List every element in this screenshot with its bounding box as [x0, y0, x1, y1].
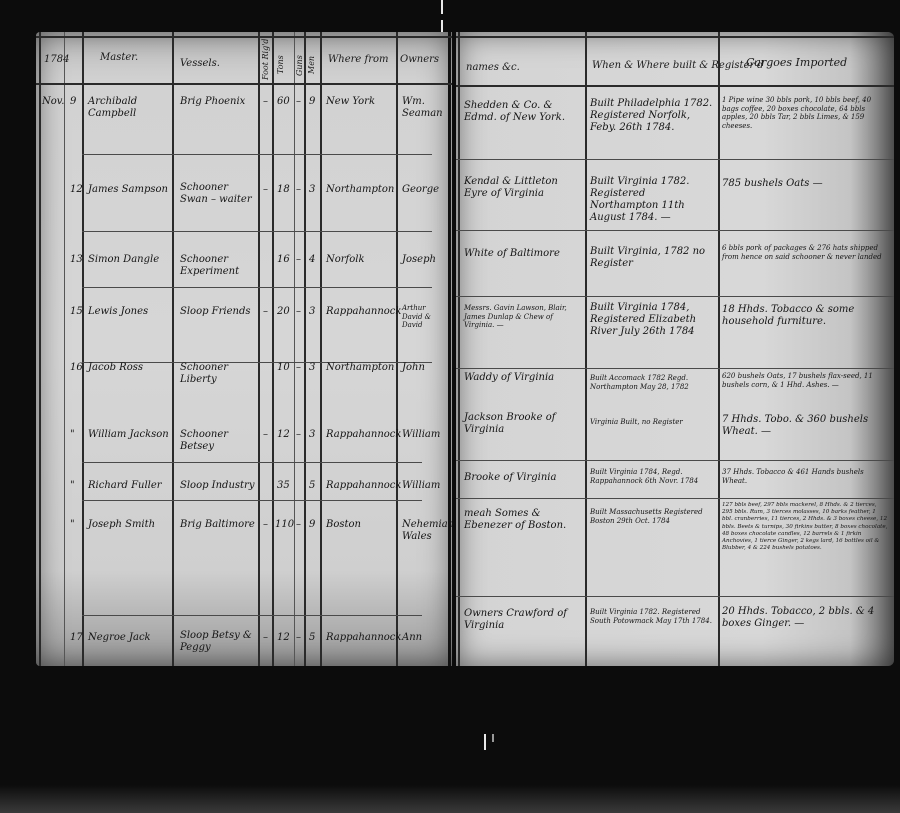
header-guns: Guns — [295, 55, 304, 76]
header-cargoes-imported: Cargoes Imported — [746, 56, 847, 69]
row-rule — [456, 159, 894, 160]
row-where-from: Northampton — [326, 362, 394, 374]
row-where-from: Boston — [326, 519, 394, 531]
column-rule — [272, 32, 274, 666]
row-built-registered: Built Philadelphia 1782. Registered Norf… — [590, 98, 716, 134]
row-guns: – — [296, 429, 301, 441]
column-rule — [82, 32, 84, 666]
row-tons: 60 — [277, 96, 290, 108]
row-rule — [82, 287, 432, 288]
row-tons: 18 — [277, 184, 290, 196]
row-where-from: Northampton — [326, 184, 394, 196]
row-rule — [82, 615, 422, 616]
row-master: Joseph Smith — [88, 519, 172, 531]
row-vessel: Schooner Betsey — [180, 429, 260, 453]
row-cargo: 127 bbls beef, 297 bbls mackerel, 8 Hhds… — [722, 502, 888, 552]
ledger-left-page: 1784 Master. Vessels. Foot Rig'd Tons Gu… — [36, 32, 452, 666]
header-men: Men — [307, 56, 316, 74]
row-cargo: 7 Hhds. Tobo. & 360 bushels Wheat. — — [722, 414, 888, 438]
binding-mark — [441, 20, 443, 32]
row-tons: 10 — [277, 362, 290, 374]
row-day: 15 — [70, 306, 83, 318]
row-guns: – — [296, 254, 301, 266]
header-rule — [36, 83, 452, 85]
column-rule — [294, 32, 295, 666]
column-rule — [458, 32, 460, 666]
row-master: James Sampson — [88, 184, 172, 196]
row-day: 9 — [70, 96, 76, 108]
row-rule — [456, 296, 894, 297]
header-built-registered: When & Where built & Register'd — [592, 60, 763, 71]
row-vessel: Brig Phoenix — [180, 96, 256, 108]
row-day: " — [70, 480, 75, 492]
row-foot-rig: – — [263, 632, 268, 644]
column-rule — [320, 32, 322, 666]
row-built-registered: Built Massachusetts Registered Boston 29… — [590, 508, 716, 525]
row-cargo: 1 Pipe wine 30 bbls pork, 10 bbls beef, … — [722, 96, 888, 130]
row-rule — [456, 36, 894, 38]
row-month: Nov. — [42, 96, 64, 108]
row-men: 3 — [309, 362, 315, 374]
row-cargo: 620 bushels Oats, 17 bushels flax-seed, … — [722, 372, 888, 389]
row-rule — [456, 596, 894, 597]
row-cargo: 37 Hhds. Tobacco & 461 Hands bushels Whe… — [722, 468, 888, 485]
column-rule — [172, 32, 174, 666]
header-owners-names: names &c. — [466, 62, 520, 73]
row-guns: – — [296, 306, 301, 318]
row-men: 5 — [309, 480, 315, 492]
column-rule — [585, 32, 587, 666]
row-rule — [82, 462, 422, 463]
row-built-registered: Built Virginia 1782. Registered Northamp… — [590, 176, 716, 224]
header-vessel: Vessels. — [180, 58, 220, 69]
row-owners: Arthur David & David — [402, 304, 442, 330]
row-foot-rig: – — [263, 96, 268, 108]
row-master: Jacob Ross — [88, 362, 172, 374]
row-guns: – — [296, 184, 301, 196]
row-vessel: Sloop Betsy & Peggy — [180, 630, 256, 654]
row-men: 9 — [309, 519, 315, 531]
row-day: " — [70, 519, 75, 531]
row-foot-rig: – — [263, 519, 268, 531]
row-foot-rig: – — [263, 184, 268, 196]
row-day: 16 — [70, 362, 83, 374]
column-rule — [304, 32, 306, 666]
row-owners-full: Shedden & Co. & Edmd. of New York. — [464, 100, 582, 124]
header-tons: Tons — [276, 55, 285, 74]
row-cargo: 6 bbls pork of packages & 276 hats shipp… — [722, 244, 888, 261]
row-guns: – — [296, 632, 301, 644]
row-owners: Nehemiah Wales — [402, 519, 442, 543]
column-rule — [396, 32, 398, 666]
row-tons: 20 — [277, 306, 290, 318]
row-where-from: New York — [326, 96, 394, 108]
row-rule — [82, 231, 432, 232]
row-rule — [456, 498, 894, 499]
row-owners-full: Messrs. Gavin Lawson, Blair, James Dunla… — [464, 304, 582, 330]
row-tons: 12 — [277, 632, 290, 644]
row-owners: William — [402, 429, 444, 441]
row-where-from: Rappahannock — [326, 306, 394, 318]
row-rule — [456, 230, 894, 231]
film-mark — [484, 734, 486, 750]
row-day: 13 — [70, 254, 83, 266]
row-owners-full: Kendal & Littleton Eyre of Virginia — [464, 176, 582, 200]
row-day: 12 — [70, 184, 83, 196]
row-owners-full: meah Somes & Ebenezer of Boston. — [464, 508, 582, 532]
row-men: 3 — [309, 306, 315, 318]
row-day: " — [70, 429, 75, 441]
row-vessel: Sloop Friends — [180, 306, 256, 318]
row-rule — [82, 154, 432, 155]
row-vessel: Schooner Experiment — [180, 254, 260, 278]
row-guns: – — [296, 362, 301, 374]
row-cargo: 18 Hhds. Tobacco & some household furnit… — [722, 304, 888, 328]
row-master: Archibald Campbell — [88, 96, 172, 120]
row-owners: John — [402, 362, 444, 374]
page-edge — [448, 32, 451, 666]
row-owners: Ann — [402, 632, 444, 644]
row-master: Simon Dangle — [88, 254, 172, 266]
row-master: Negroe Jack — [88, 632, 172, 644]
row-vessel: Brig Baltimore — [180, 519, 260, 531]
row-built-registered: Virginia Built, no Register — [590, 418, 716, 427]
row-built-registered: Built Accomack 1782 Regd. Northampton Ma… — [590, 374, 716, 391]
header-year: 1784 — [44, 54, 69, 65]
row-built-registered: Built Virginia 1784, Registered Elizabet… — [590, 302, 716, 338]
header-master: Master. — [100, 52, 138, 63]
row-vessel: Sloop Industry — [180, 480, 260, 492]
row-men: 9 — [309, 96, 315, 108]
row-owners: Joseph — [402, 254, 444, 266]
row-owners-full: White of Baltimore — [464, 248, 582, 260]
column-rule — [258, 32, 260, 666]
row-where-from: Rappahannock — [326, 632, 394, 644]
row-tons: 12 — [277, 429, 290, 441]
column-rule — [39, 32, 41, 666]
row-cargo: 20 Hhds. Tobacco, 2 bbls. & 4 boxes Ging… — [722, 606, 888, 630]
film-mark — [492, 734, 494, 742]
header-owners: Owners — [400, 54, 439, 65]
row-master: William Jackson — [88, 429, 172, 441]
row-day: 17 — [70, 632, 83, 644]
row-master: Richard Fuller — [88, 480, 172, 492]
row-cargo: 785 bushels Oats — — [722, 178, 888, 190]
row-guns: – — [296, 96, 301, 108]
row-where-from: Norfolk — [326, 254, 394, 266]
row-master: Lewis Jones — [88, 306, 172, 318]
row-where-from: Rappahannock — [326, 480, 394, 492]
header-foot-rig: Foot Rig'd — [261, 38, 270, 80]
row-rule — [456, 368, 894, 369]
header-rule — [456, 85, 894, 87]
row-men: 3 — [309, 429, 315, 441]
row-owners-full: Brooke of Virginia — [464, 472, 582, 484]
row-vessel: Schooner Swan – waiter — [180, 182, 256, 206]
binding-mark — [441, 0, 443, 14]
row-owners: William — [402, 480, 444, 492]
row-owners-full: Waddy of Virginia — [464, 372, 582, 384]
row-men: 5 — [309, 632, 315, 644]
row-men: 3 — [309, 184, 315, 196]
row-guns: – — [296, 519, 301, 531]
row-built-registered: Built Virginia 1782. Registered South Po… — [590, 608, 716, 625]
row-tons: 35 — [277, 480, 290, 492]
row-foot-rig: – — [263, 306, 268, 318]
row-owners: Wm. Seaman — [402, 96, 444, 120]
row-owners-full: Owners Crawford of Virginia — [464, 608, 582, 632]
row-rule — [456, 460, 894, 461]
row-owners: George — [402, 184, 444, 196]
row-men: 4 — [309, 254, 315, 266]
column-rule — [64, 32, 65, 666]
row-owners-full: Jackson Brooke of Virginia — [464, 412, 582, 436]
row-tons: 110 — [275, 519, 294, 531]
row-where-from: Rappahannock — [326, 429, 394, 441]
row-rule — [36, 36, 452, 38]
ledger-right-page: names &c. When & Where built & Register'… — [456, 32, 894, 666]
row-rule — [82, 500, 422, 501]
row-foot-rig: – — [263, 429, 268, 441]
row-built-registered: Built Virginia 1784, Regd. Rappahannock … — [590, 468, 716, 485]
row-built-registered: Built Virginia, 1782 no Register — [590, 246, 716, 270]
header-where-from: Where from — [328, 54, 389, 65]
film-edge — [0, 785, 900, 813]
row-tons: 16 — [277, 254, 290, 266]
column-rule — [718, 32, 720, 666]
row-vessel: Schooner Liberty — [180, 362, 260, 386]
